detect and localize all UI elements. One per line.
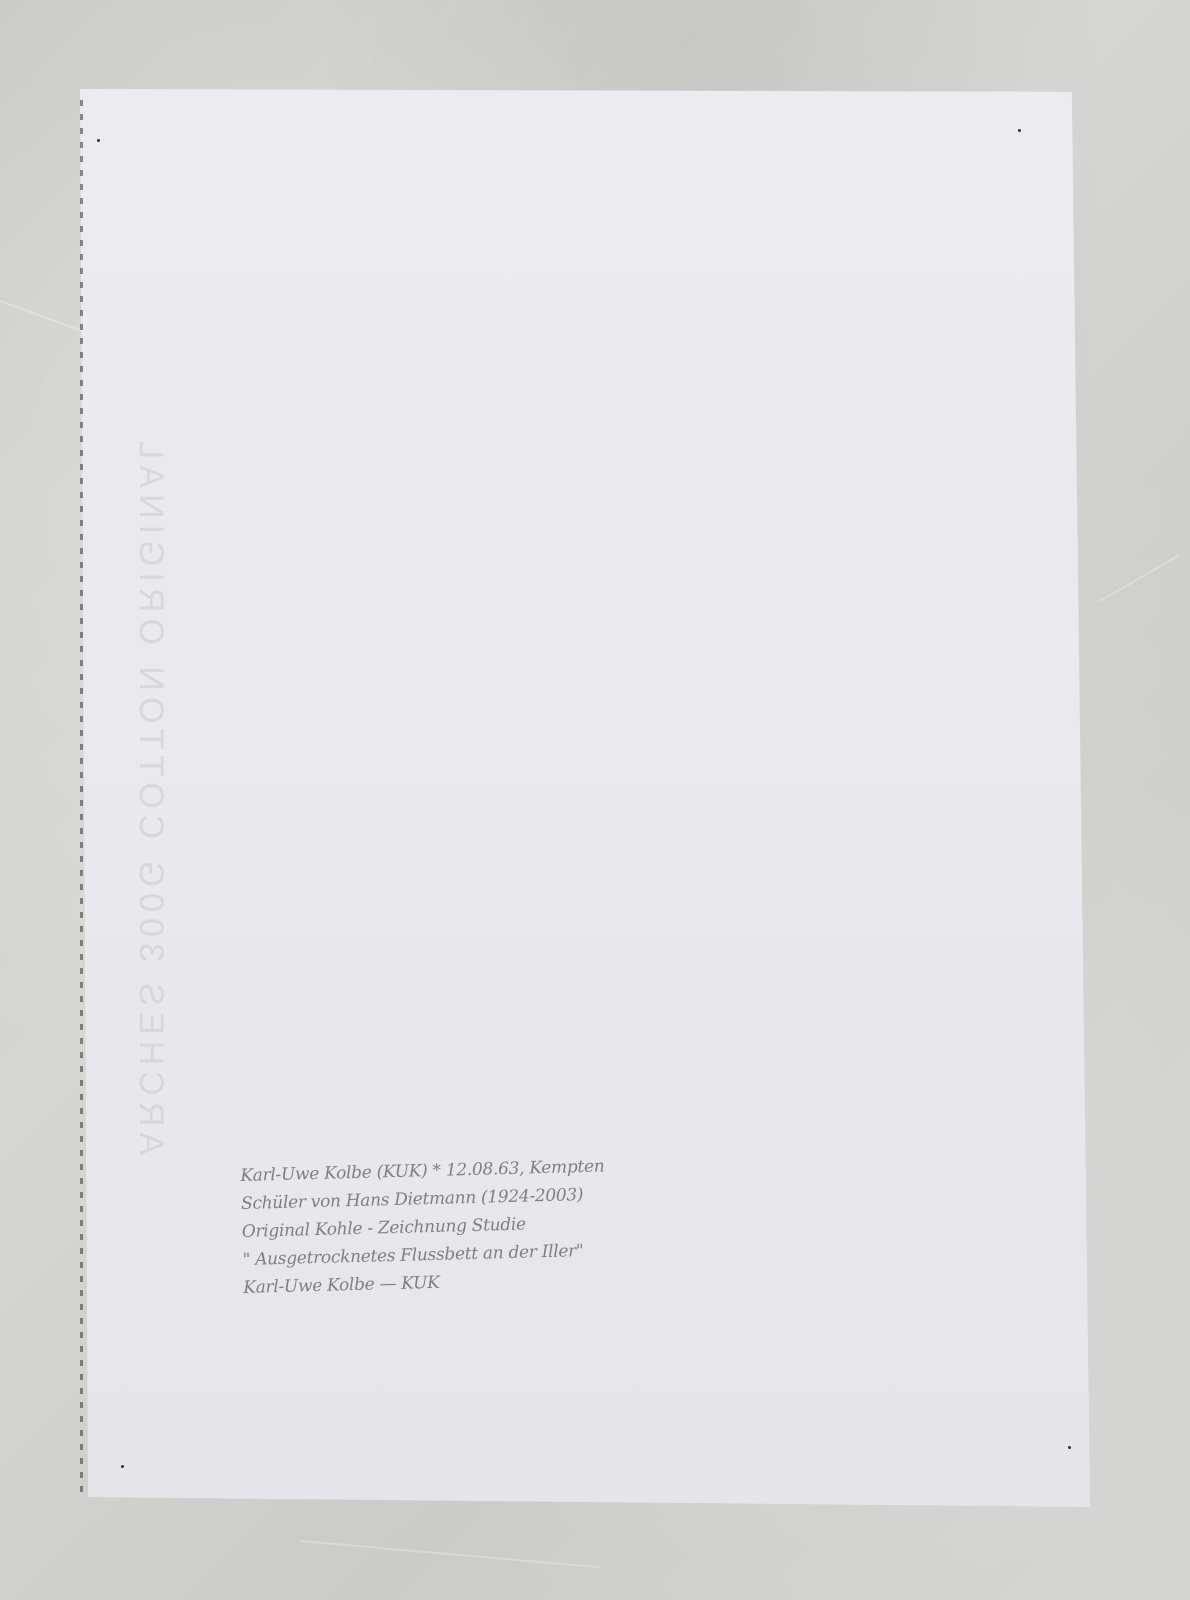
pencil-inscription: Karl-Uwe Kolbe (KUK) * 12.08.63, Kempten…	[240, 1150, 704, 1302]
pin-hole-bottom-right	[1068, 1446, 1071, 1449]
background-crease	[300, 1540, 599, 1568]
pin-hole-bottom-left	[121, 1465, 124, 1468]
background-crease	[1100, 555, 1179, 602]
embossed-watermark: ARCHES 300G COTTON ORIGINAL	[110, 100, 170, 1490]
pin-hole-top-left	[97, 139, 100, 142]
pin-hole-top-right	[1018, 129, 1021, 132]
deckled-left-edge	[80, 100, 83, 1500]
paper-sheet	[80, 89, 1090, 1507]
